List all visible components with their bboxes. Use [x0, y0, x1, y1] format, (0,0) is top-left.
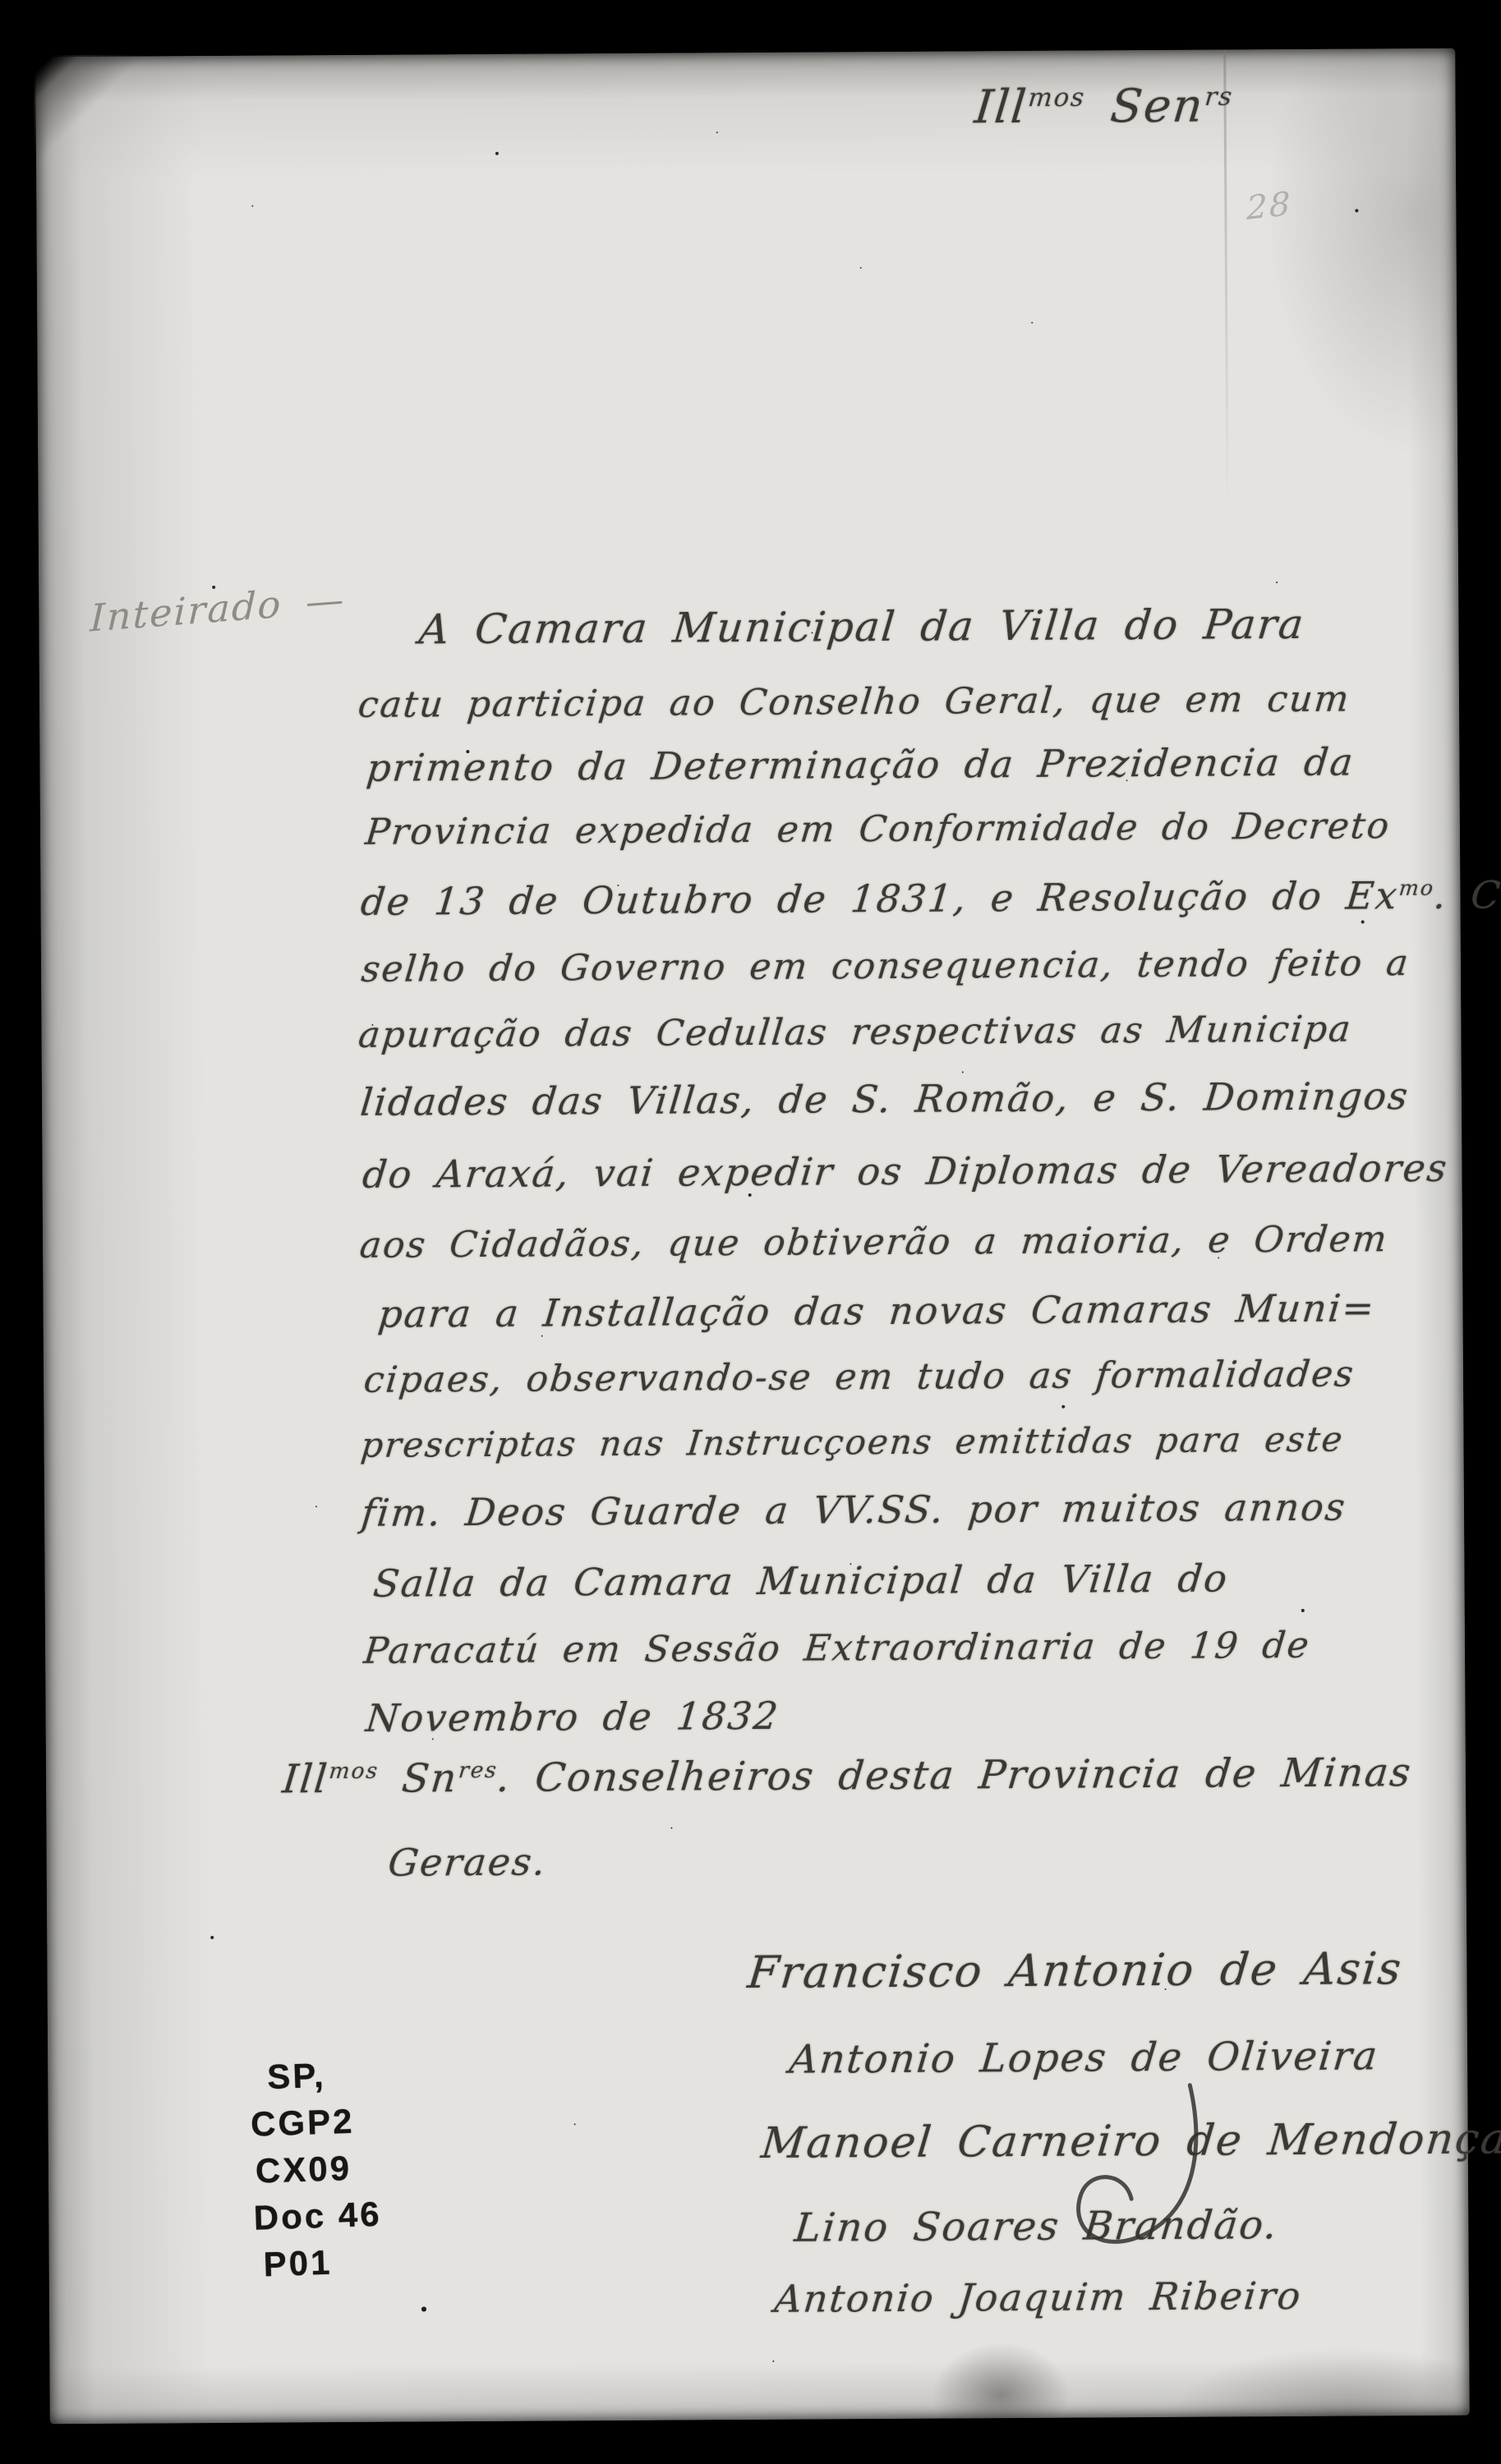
address-text: . Conselheiros desta Provincia de Minas [495, 1749, 1414, 1801]
letter-line: Paracatú em Sessão Extraordinaria de 19 … [362, 1625, 1313, 1672]
letter-line: para a Installação das novas Camaras Mun… [376, 1285, 1378, 1335]
superscript: mos [328, 1758, 380, 1784]
letter-line: Novembro de 1832 [364, 1694, 781, 1740]
letter-line: Salla da Camara Municipal da Villa do [371, 1556, 1231, 1605]
archive-stamp-line: CGP2 [250, 2097, 379, 2148]
letter-line: aos Cidadãos, que obtiverão a maioria, e… [358, 1218, 1391, 1266]
manuscript-paper: Illmos Senrs 28 Inteirado — A Camara Mun… [35, 48, 1470, 2425]
pencil-page-number: 28 [1246, 185, 1292, 228]
address-line: Geraes. [386, 1840, 549, 1885]
letter-line: A Camara Municipal da Villa do Para [417, 600, 1307, 654]
salutation: Illmos Senrs [972, 79, 1235, 134]
letter-line: catu participa ao Conselho Geral, que em… [357, 678, 1352, 726]
superscript: rs [1204, 82, 1235, 112]
signature: Francisco Antonio de Asis [745, 1942, 1405, 1998]
signature: Antonio Lopes de Oliveira [787, 2033, 1380, 2082]
letter-line: lidades das Villas, de S. Romão, e S. Do… [358, 1073, 1411, 1124]
address-line: Illmos Snres. Conselheiros desta Provinc… [280, 1749, 1414, 1802]
letter-line: fim. Deos Guarde a VV.SS. por muitos ann… [359, 1485, 1348, 1535]
letter-line: de 13 de Outubro de 1831, e Resolução do… [359, 872, 1501, 924]
letter-line: prescriptas nas Instrucçoens emittidas p… [359, 1419, 1346, 1465]
margin-note: Inteirado — [90, 577, 346, 640]
archive-stamp-line: P01 [263, 2237, 384, 2288]
archive-stamp-line: SP, [266, 2050, 378, 2100]
scanned-document-page: Illmos Senrs 28 Inteirado — A Camara Mun… [0, 0, 1501, 2464]
address-text: Ill [280, 1756, 330, 1802]
salutation-text: Ill [972, 80, 1029, 134]
letter-line-text: . Con [1432, 872, 1501, 917]
superscript: mo [1398, 876, 1436, 900]
letter-line: primento da Determinação da Prezidencia … [365, 739, 1356, 789]
signature: Antonio Joaquim Ribeiro [772, 2273, 1304, 2321]
letter-line: Provincia expedida em Conformidade do De… [363, 805, 1392, 853]
archive-stamp-line: Doc 46 [253, 2190, 382, 2241]
superscript: mos [1027, 83, 1087, 113]
ink-specks [35, 57, 37, 58]
letter-line: apuração das Cedullas respectivas as Mun… [357, 1009, 1354, 1056]
corner-tear [34, 54, 174, 244]
letter-line: do Araxá, vai expedir os Diplomas de Ver… [361, 1146, 1450, 1197]
letter-line: selho do Governo em consequencia, tendo … [359, 942, 1411, 991]
address-text: Sn [375, 1755, 460, 1802]
letter-line: cipaes, observando-se em tudo as formali… [362, 1354, 1357, 1401]
superscript: res [458, 1758, 500, 1783]
letter-line-text: de 13 de Outubro de 1831, e Resolução do… [359, 873, 1401, 924]
archive-stamp-line: CX09 [255, 2144, 380, 2195]
salutation-text: Sen [1082, 80, 1207, 134]
archive-stamp: SP, CGP2 CX09 Doc 46 P01 [248, 2050, 384, 2288]
signature-flourish [1025, 2079, 1207, 2277]
